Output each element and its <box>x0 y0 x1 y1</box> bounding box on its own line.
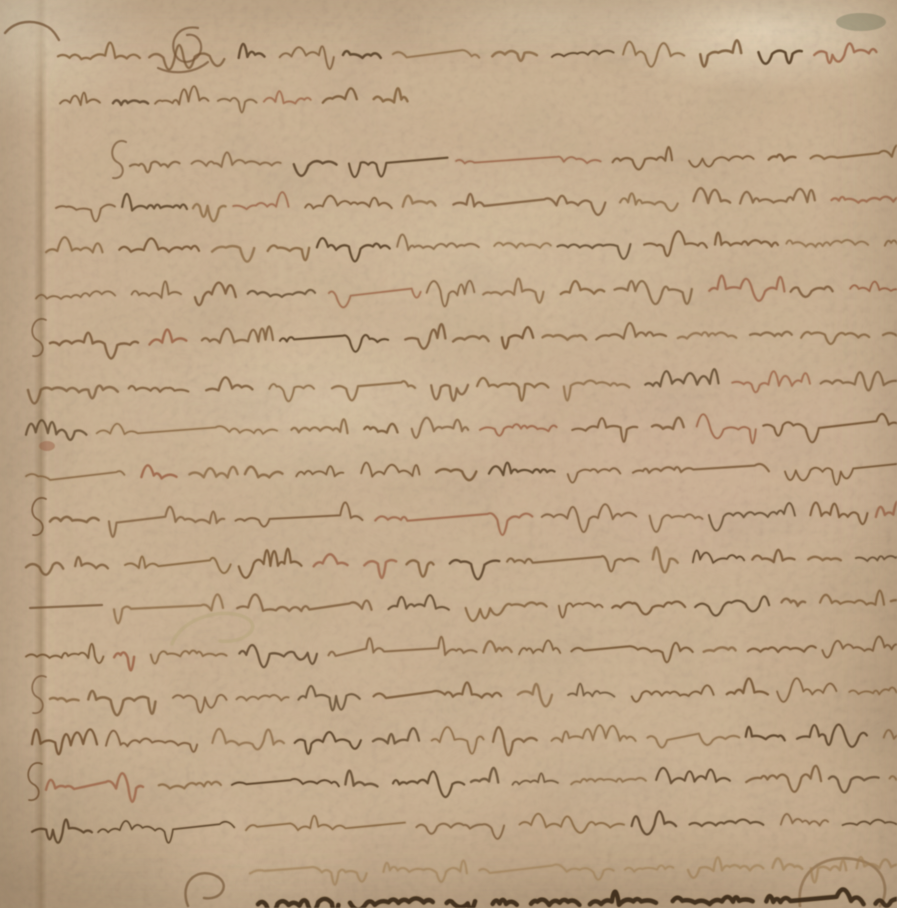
script-line-19 <box>479 864 613 879</box>
ink-smudge-red <box>39 441 55 451</box>
script-line-8 <box>564 381 629 401</box>
script-line-8 <box>28 386 118 404</box>
script-line-11 <box>542 504 636 532</box>
script-line-12 <box>450 560 500 579</box>
script-line-5 <box>212 246 254 261</box>
script-line-12 <box>752 550 794 562</box>
script-line-1 <box>759 51 802 64</box>
script-line-5 <box>397 235 479 250</box>
script-line-13 <box>695 596 769 615</box>
script-line-halo <box>26 637 897 671</box>
script-line-11 <box>50 517 99 522</box>
script-line-15 <box>298 686 359 710</box>
script-line-3 <box>689 156 754 167</box>
script-line-20 <box>258 899 338 908</box>
script-line-16 <box>493 727 537 755</box>
script-line-4 <box>453 194 605 215</box>
script-line-halo <box>46 766 897 802</box>
script-line-13 <box>114 594 223 623</box>
script-line-15 <box>568 684 614 697</box>
bottom-left-flourish <box>185 873 223 906</box>
script-line-15 <box>32 676 46 713</box>
script-line-6 <box>850 282 897 291</box>
ink-marks-group <box>5 13 886 906</box>
script-line-halo <box>58 40 876 69</box>
script-line-11 <box>236 502 363 526</box>
script-line-13 <box>30 605 102 608</box>
script-line-14 <box>329 637 477 656</box>
script-line-18 <box>520 814 625 833</box>
script-line-halo <box>50 678 897 715</box>
script-line-5 <box>268 246 309 261</box>
script-line-7 <box>32 319 46 356</box>
script-line-6 <box>195 283 236 305</box>
script-line-17 <box>746 766 821 792</box>
script-line-11 <box>109 507 224 537</box>
script-line-halo <box>26 547 897 579</box>
script-line-1 <box>492 51 537 61</box>
script-line-16 <box>106 731 197 752</box>
script-line-18 <box>246 816 405 830</box>
script-line-20 <box>493 900 517 905</box>
script-line-7 <box>502 327 533 348</box>
script-line-8 <box>477 378 548 401</box>
script-line-8 <box>332 381 415 400</box>
script-line-halo <box>50 323 897 358</box>
script-line-19 <box>384 861 467 882</box>
script-line-halo <box>28 369 897 403</box>
script-line-1 <box>700 40 741 66</box>
script-line-11 <box>32 498 46 535</box>
script-line-12 <box>653 547 678 572</box>
script-line-halo <box>36 276 897 308</box>
script-line-16 <box>884 730 897 739</box>
script-line-1 <box>623 42 684 67</box>
opening-swash <box>5 22 59 40</box>
script-line-16 <box>32 729 97 754</box>
script-line-9 <box>291 419 347 433</box>
script-line-9 <box>480 424 557 435</box>
script-line-1 <box>393 50 479 57</box>
script-line-11 <box>375 513 532 535</box>
script-line-3 <box>112 141 126 178</box>
script-line-halo <box>130 145 897 177</box>
script-line-halo <box>32 811 897 842</box>
script-line-halo <box>46 231 897 261</box>
script-lines-group <box>26 40 897 908</box>
script-line-4 <box>233 192 288 209</box>
script-line-7 <box>50 333 138 359</box>
faded-loop <box>172 613 253 644</box>
script-line-halo <box>60 86 407 112</box>
script-line-15 <box>727 678 768 694</box>
script-line-11 <box>876 502 897 517</box>
script-line-1 <box>58 43 140 60</box>
script-line-10 <box>633 464 769 473</box>
script-line-15 <box>518 684 552 706</box>
script-line-16 <box>295 732 361 754</box>
script-line-17 <box>28 763 42 800</box>
script-line-16 <box>797 725 867 747</box>
handwriting-layer <box>0 0 897 908</box>
script-line-14 <box>239 645 317 667</box>
script-line-6 <box>791 287 833 297</box>
manuscript-photo <box>0 0 897 908</box>
script-line-9 <box>572 418 637 441</box>
script-line-7 <box>202 326 273 342</box>
ink-smudge-green <box>836 13 886 31</box>
script-line-9 <box>26 420 86 440</box>
